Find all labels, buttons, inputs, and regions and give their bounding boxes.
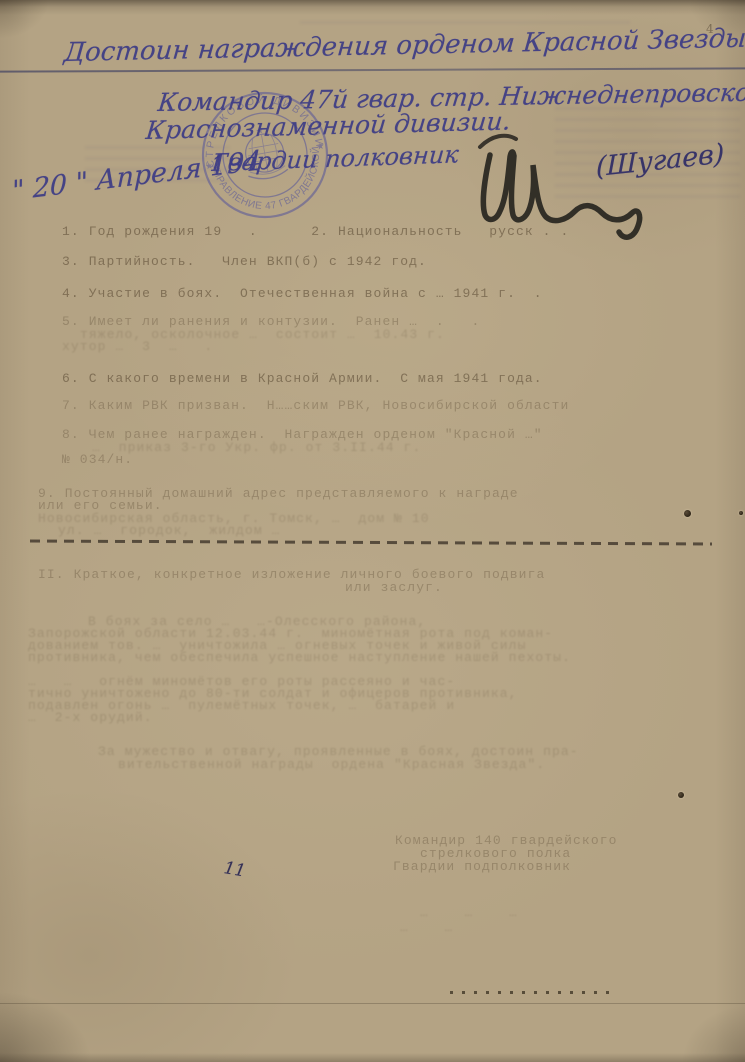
typed-line-prev-awards-2: … приказ 3-го Укр. фр. от 3.II.44 г. (92, 440, 421, 455)
commander-signature (470, 125, 655, 250)
handwritten-verdict-line: Достоин награждения орденом Красной Звез… (63, 24, 745, 68)
typed-line-drafted: 7. Каким РВК призван. Н……ским РВК, Новос… (62, 398, 569, 413)
typed-section2-heading-2: или заслуг. (345, 580, 443, 595)
typed-faint-line-2: … … (400, 920, 453, 935)
typed-faint-line-1: … … … (420, 905, 518, 920)
typed-line-address-4: ул. … городок, жилдом … (58, 523, 281, 538)
margin-ink-mark: 11 (222, 858, 247, 881)
typed-citation-line-4: противника, чем обеспечила успешное наст… (28, 650, 571, 665)
paper-hole (684, 510, 691, 517)
dashed-separator (30, 540, 712, 545)
typed-line-service: 6. С какого времени в Красной Армии. С м… (62, 371, 543, 386)
pen-underline (0, 67, 745, 72)
typed-line-party: 3. Партийность. Член ВКП(б) с 1942 год. (62, 254, 427, 269)
typed-line-wounds-3: хутор … 3 … . (62, 339, 213, 354)
paper-speck (739, 511, 743, 515)
award-document-page: СТРЕЛКОВОЙ ДИВИЗИИ УПРАВЛЕНИЕ 47 ГВАРДЕЙ… (0, 0, 745, 1062)
typed-line-prev-awards-3: № 034/н. (62, 452, 133, 467)
dotted-line (450, 991, 615, 994)
typed-signer-line-3: Гвардии подполковник (393, 859, 571, 874)
typed-section2-heading: II. Краткое, конкретное изложение личног… (38, 567, 545, 582)
typed-line-combat: 4. Участие в боях. Отечественная война с… (62, 286, 543, 301)
bottom-scratch-line (0, 1003, 745, 1004)
paper-hole (678, 792, 684, 798)
typed-citation-line-8: … 2-х орудий. (28, 710, 153, 725)
typed-conclusion-line-2: вительственной награды ордена "Красная З… (118, 757, 545, 772)
